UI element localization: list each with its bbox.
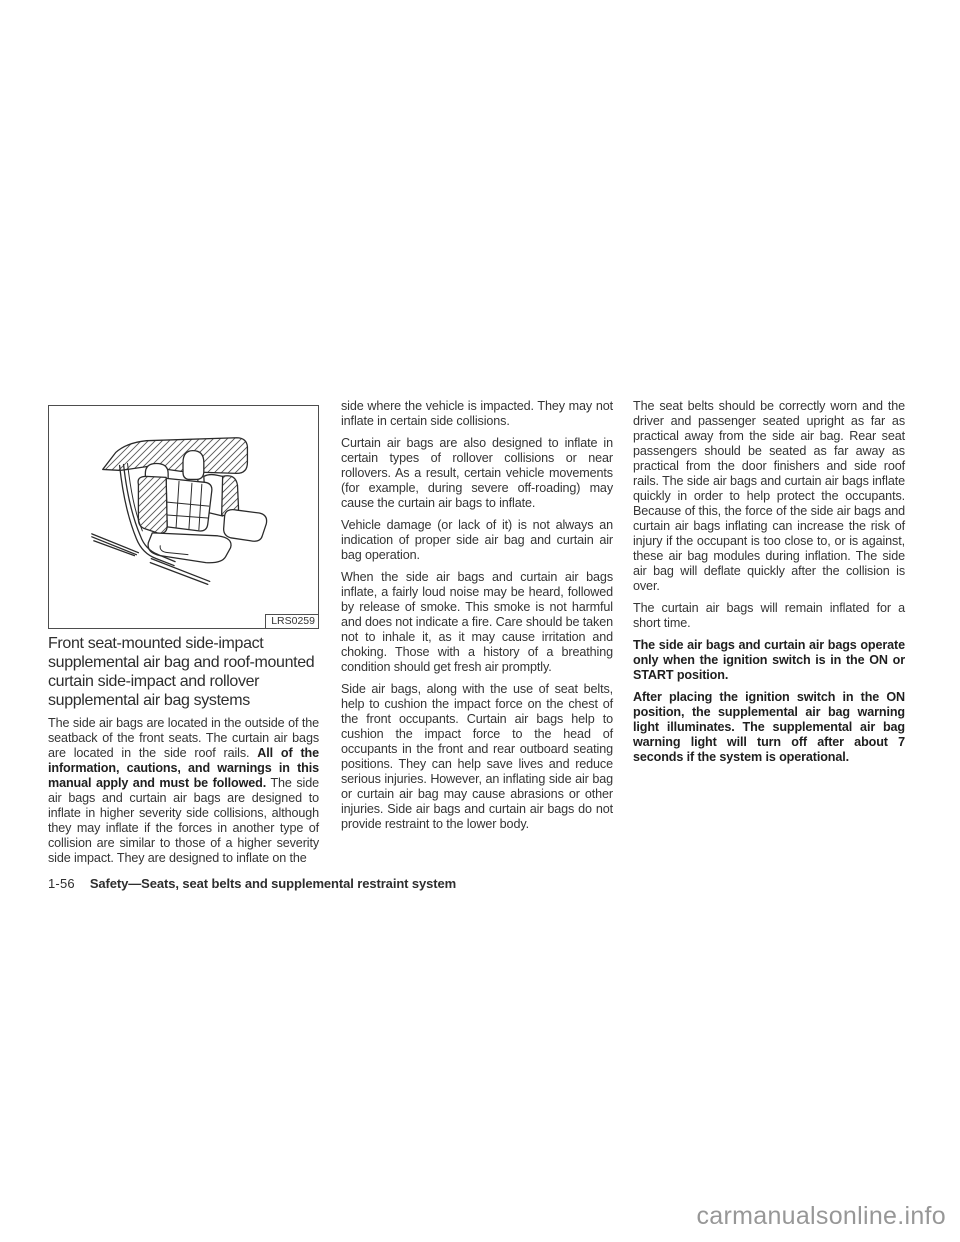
paragraph: Vehicle damage (or lack of it) is not al… bbox=[341, 518, 613, 563]
page-footer: 1-56Safety—Seats, seat belts and supplem… bbox=[48, 876, 456, 891]
paragraph: side where the vehicle is impacted. They… bbox=[341, 399, 613, 429]
text-column-3: The seat belts should be correctly worn … bbox=[633, 399, 905, 765]
paragraph: The curtain air bags will remain inflate… bbox=[633, 601, 905, 631]
footer-page-number: 1-56 bbox=[48, 876, 75, 891]
text-column-1: The side air bags are located in the out… bbox=[48, 716, 319, 866]
paragraph: When the side air bags and curtain air b… bbox=[341, 570, 613, 675]
paragraph: Side air bags, along with the use of sea… bbox=[341, 682, 613, 832]
paragraph: After placing the ignition switch in the… bbox=[633, 690, 905, 765]
figure-frame: LRS0259 bbox=[48, 405, 319, 629]
watermark-text: carmanualsonline.info bbox=[696, 1201, 946, 1231]
text-column-2: side where the vehicle is impacted. They… bbox=[341, 399, 613, 832]
page-title: Front seat-mounted side-impact supplemen… bbox=[48, 634, 342, 710]
paragraph: Curtain air bags are also designed to in… bbox=[341, 436, 613, 511]
paragraph: The side air bags are located in the out… bbox=[48, 716, 319, 866]
paragraph: The seat belts should be correctly worn … bbox=[633, 399, 905, 594]
paragraph: The side air bags and curtain air bags o… bbox=[633, 638, 905, 683]
footer-section-title: Safety—Seats, seat belts and supplementa… bbox=[90, 876, 456, 891]
seat-airbag-illustration bbox=[49, 406, 318, 628]
figure-caption-code: LRS0259 bbox=[265, 614, 318, 628]
